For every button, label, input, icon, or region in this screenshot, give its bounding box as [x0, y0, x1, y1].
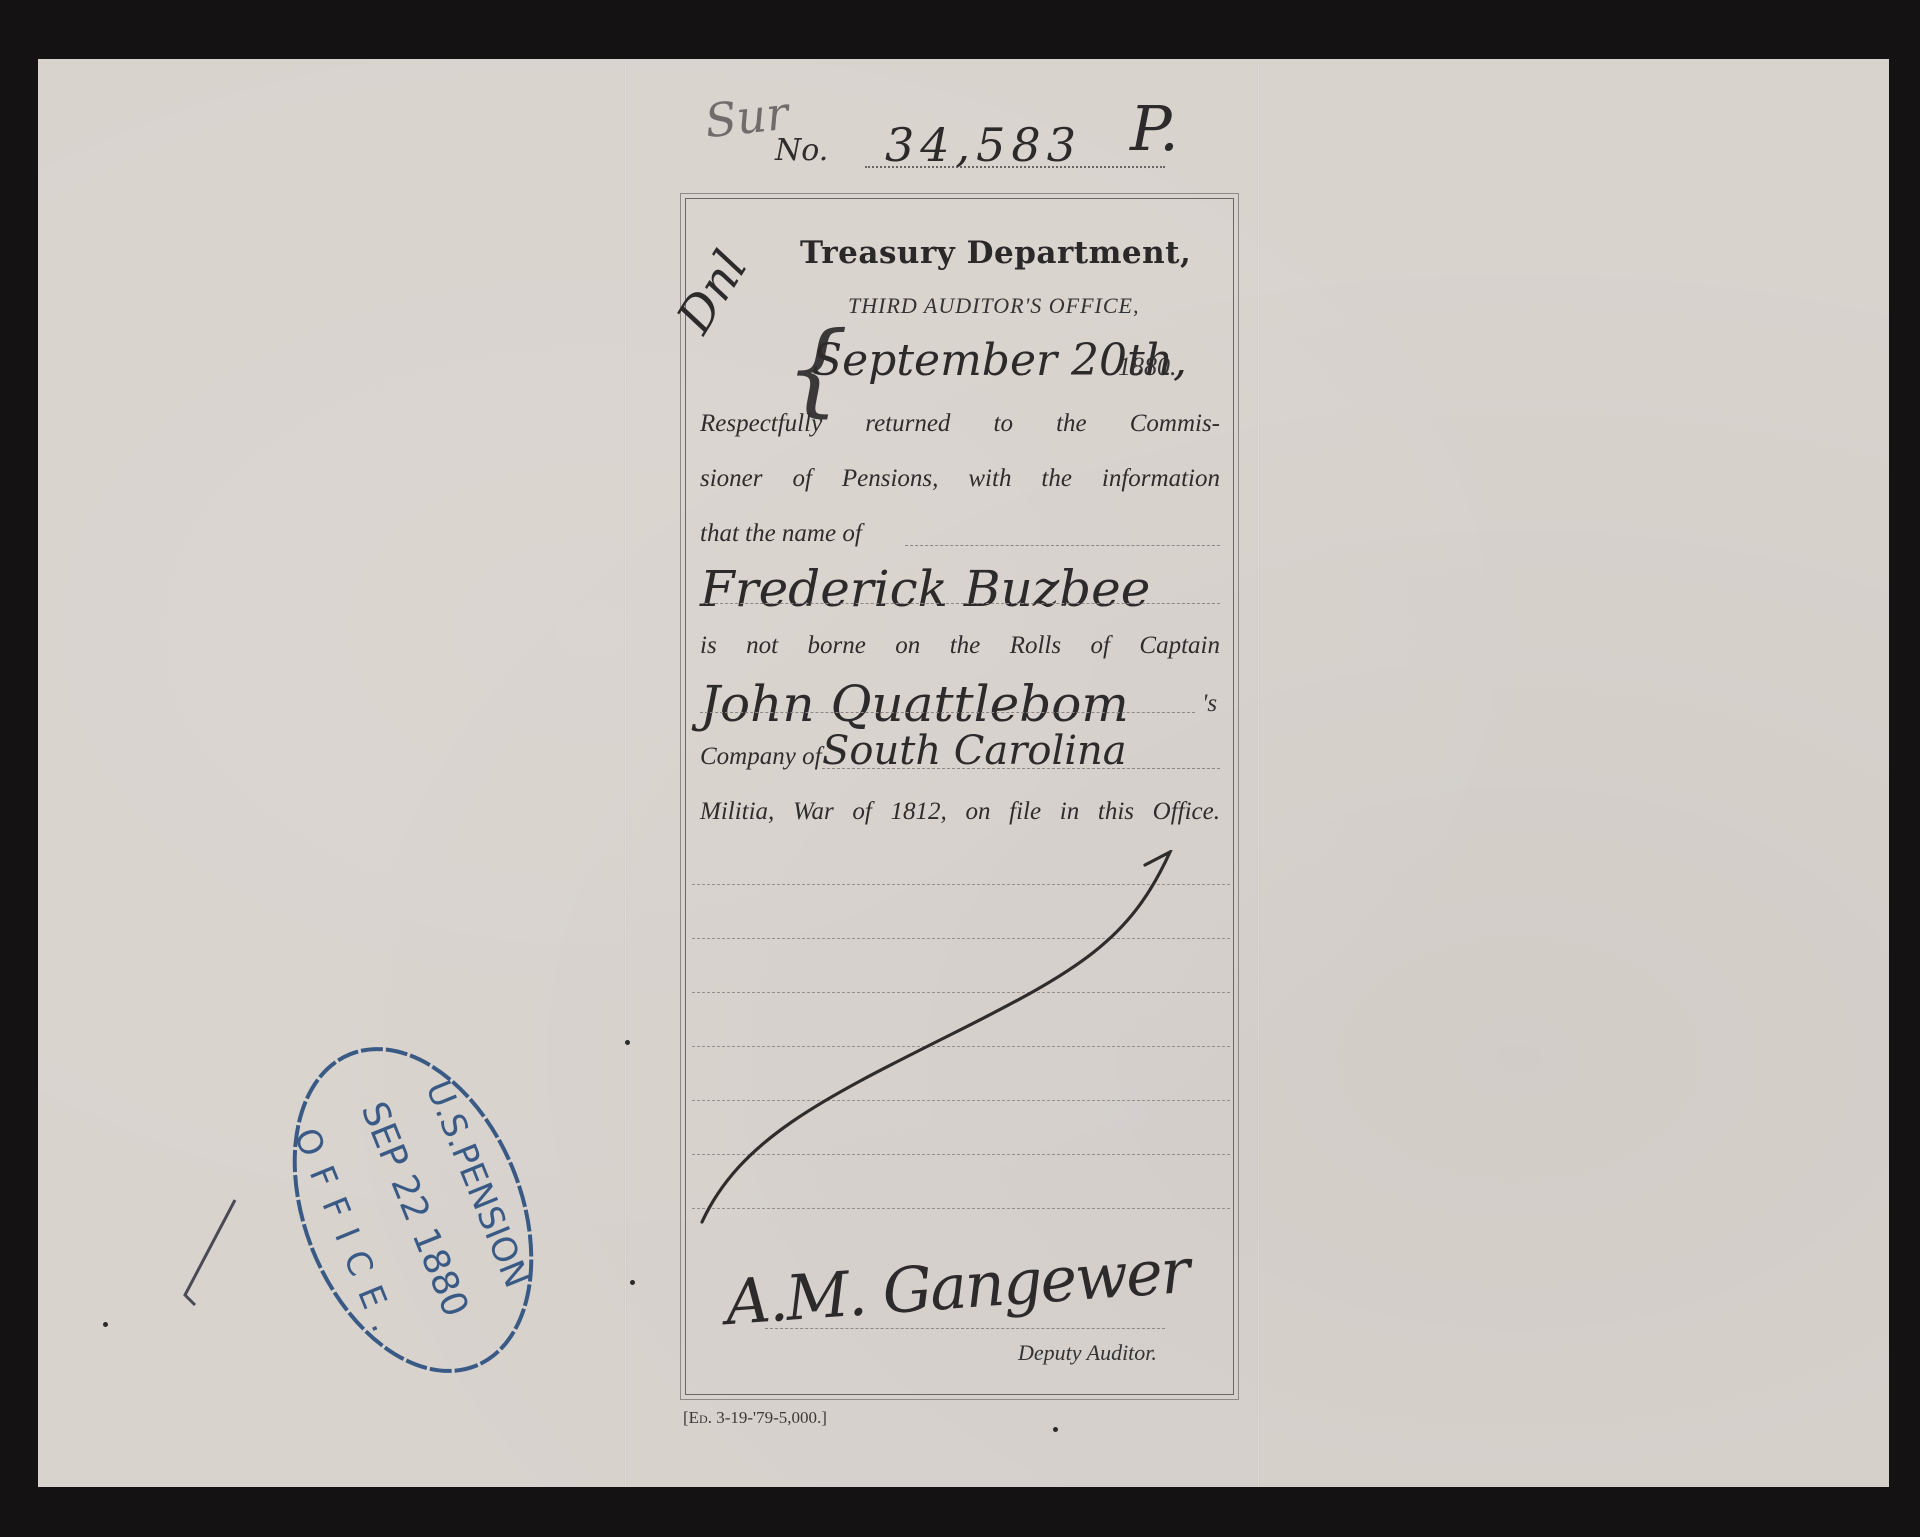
- body-line-2: sioner of Pensions, with the information: [700, 465, 1220, 493]
- pension-office-stamp: U.S.PENSION SEP 22 1880 OFFICE.: [268, 1030, 558, 1390]
- body-line-5: Militia, War of 1812, on file in this Of…: [700, 798, 1220, 826]
- soldier-name: Frederick Buzbee: [700, 560, 1150, 618]
- fold-line-right: [1257, 59, 1260, 1487]
- ink-speck: [103, 1322, 108, 1327]
- company-prefix: Company of: [700, 743, 822, 771]
- pencil-mark: [165, 1195, 245, 1315]
- file-number: 34,583: [885, 118, 1082, 172]
- signature-title: Deputy Auditor.: [1018, 1340, 1157, 1366]
- body-line-4: is not borne on the Rolls of Captain: [700, 632, 1220, 660]
- state-blank-line: [822, 768, 1220, 769]
- department-title: Treasury Department,: [800, 235, 1191, 271]
- file-number-suffix: P.: [1130, 92, 1179, 165]
- name-blank-line-2: [700, 603, 1220, 604]
- edition-note: [Ed. 3-19-'79-5,000.]: [683, 1408, 827, 1428]
- captain-name: John Quattlebom: [700, 675, 1129, 733]
- name-blank-line-1: [905, 545, 1220, 546]
- body-line-3: that the name of: [700, 520, 1220, 548]
- number-label: No.: [775, 133, 828, 168]
- ink-speck: [630, 1280, 635, 1285]
- signature-line: [765, 1328, 1165, 1329]
- fold-line-left: [624, 59, 627, 1487]
- date-year: 1880.: [1118, 352, 1177, 382]
- body-line-1: Respectfully returned to the Commis-: [700, 410, 1220, 438]
- cancel-stroke: [700, 850, 1200, 1230]
- possessive-suffix: 's: [1202, 690, 1217, 718]
- office-title: THIRD AUDITOR'S OFFICE,: [848, 293, 1140, 319]
- ink-speck: [1053, 1427, 1058, 1432]
- ink-speck: [625, 1040, 630, 1045]
- captain-blank-line: [700, 712, 1195, 713]
